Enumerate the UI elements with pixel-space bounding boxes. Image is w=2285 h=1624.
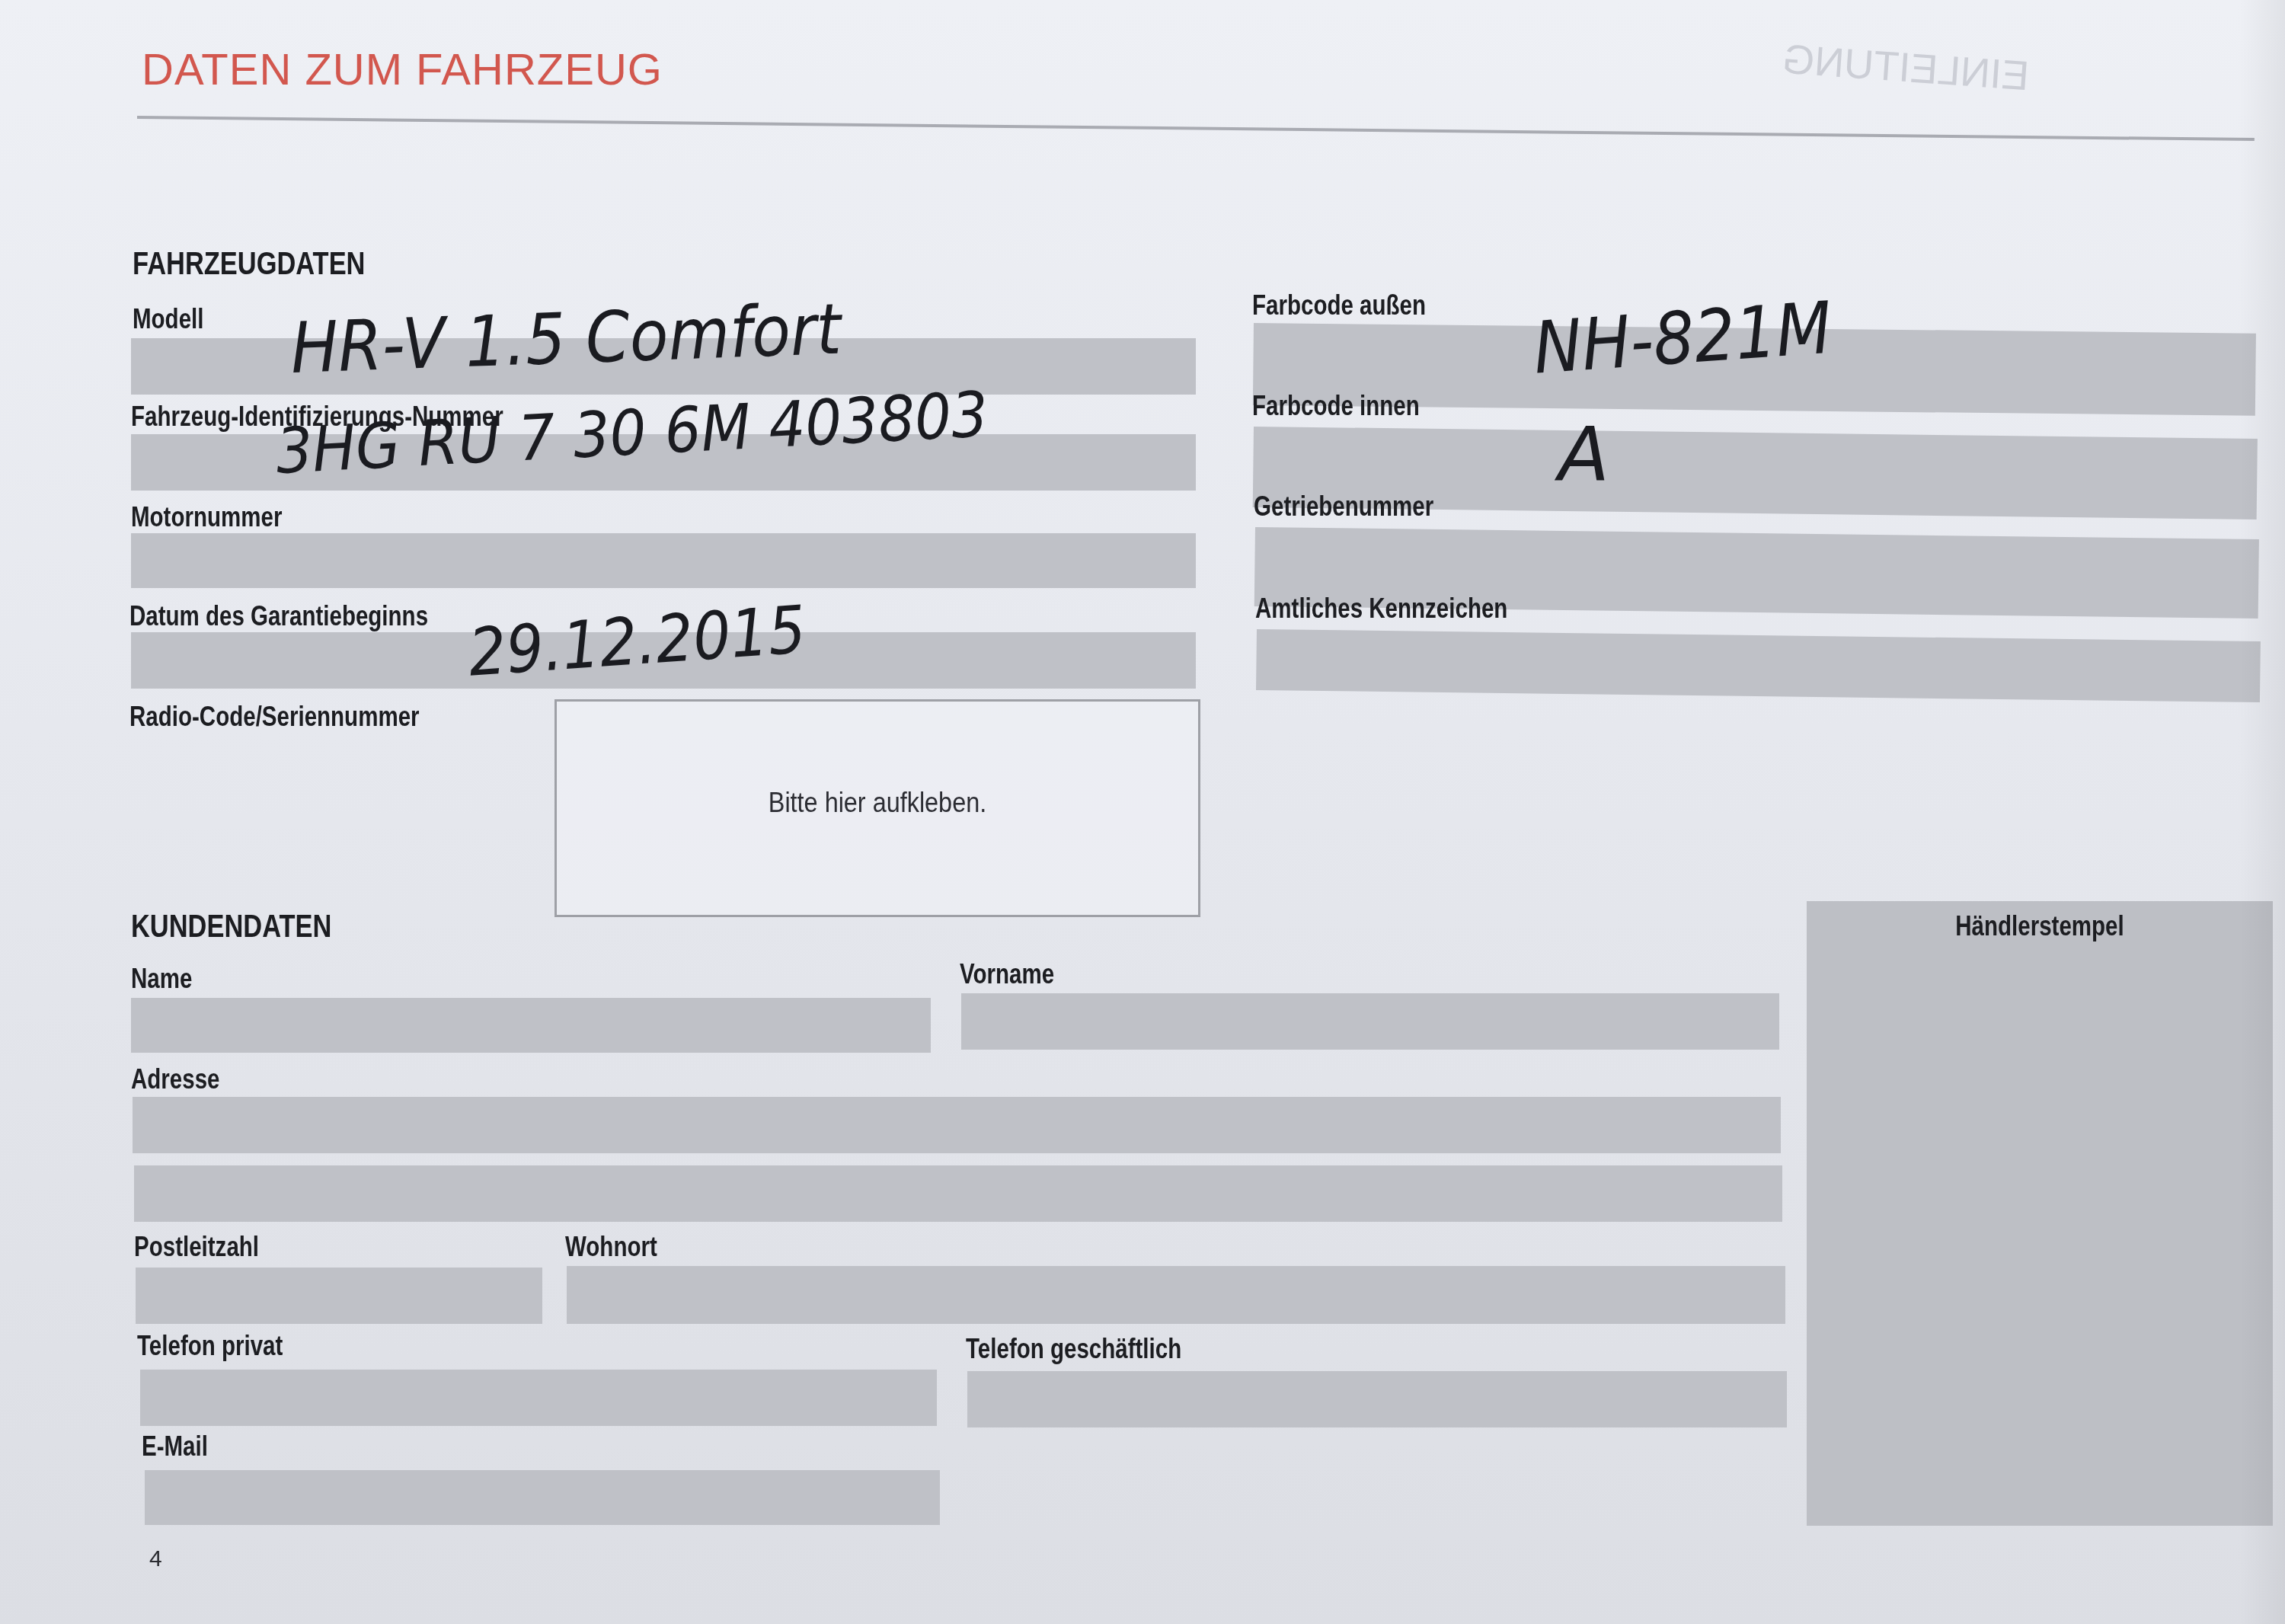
dealer-stamp-label: Händlerstempel <box>1849 910 2231 942</box>
label-adresse: Adresse <box>131 1063 220 1095</box>
title-divider <box>137 116 2255 141</box>
label-wohnort: Wohnort <box>565 1231 657 1263</box>
label-telefon-privat: Telefon privat <box>137 1330 283 1362</box>
dealer-stamp-area[interactable]: Händlerstempel <box>1807 901 2273 1526</box>
label-garantiebeginn: Datum des Garantiebeginns <box>129 600 428 632</box>
field-vorname[interactable] <box>961 993 1779 1050</box>
label-plz: Postleitzahl <box>134 1231 259 1263</box>
value-farbcode-innen: A <box>1558 411 1609 498</box>
label-farbcode-aussen: Farbcode außen <box>1252 289 1426 321</box>
field-adresse-line1[interactable] <box>133 1097 1781 1153</box>
label-telefon-geschaeftlich: Telefon geschäftlich <box>966 1333 1181 1365</box>
label-modell: Modell <box>133 303 203 335</box>
label-name: Name <box>131 963 192 995</box>
booklet-page: DATEN ZUM FAHRZEUG EINLEITUNG FAHRZEUGDA… <box>0 0 2285 1624</box>
field-telefon-geschaeftlich[interactable] <box>967 1371 1787 1427</box>
page-number: 4 <box>149 1546 162 1572</box>
section-title-vehicle: FAHRZEUGDATEN <box>133 245 365 282</box>
section-title-customer: KUNDENDATEN <box>131 908 331 945</box>
label-farbcode-innen: Farbcode innen <box>1252 390 1420 422</box>
label-email: E-Mail <box>142 1431 208 1463</box>
label-getriebenummer: Getriebenummer <box>1254 491 1433 523</box>
label-radio-code: Radio-Code/Seriennummer <box>129 701 420 733</box>
field-telefon-privat[interactable] <box>140 1370 937 1426</box>
show-through-heading: EINLEITUNG <box>1781 36 2031 100</box>
label-motornummer: Motornummer <box>131 501 282 533</box>
label-vorname: Vorname <box>960 958 1054 990</box>
field-email[interactable] <box>145 1470 940 1525</box>
field-kennzeichen[interactable] <box>1256 629 2261 702</box>
sticker-area[interactable]: Bitte hier aufkleben. <box>554 699 1200 917</box>
sticker-hint: Bitte hier aufkleben. <box>589 787 1166 819</box>
field-motornummer[interactable] <box>131 533 1196 588</box>
field-plz[interactable] <box>136 1268 542 1324</box>
field-name[interactable] <box>131 998 931 1053</box>
field-adresse-line2[interactable] <box>134 1165 1782 1222</box>
page-title: DATEN ZUM FAHRZEUG <box>142 44 663 95</box>
label-kennzeichen: Amtliches Kennzeichen <box>1255 593 1507 625</box>
field-wohnort[interactable] <box>567 1266 1785 1324</box>
